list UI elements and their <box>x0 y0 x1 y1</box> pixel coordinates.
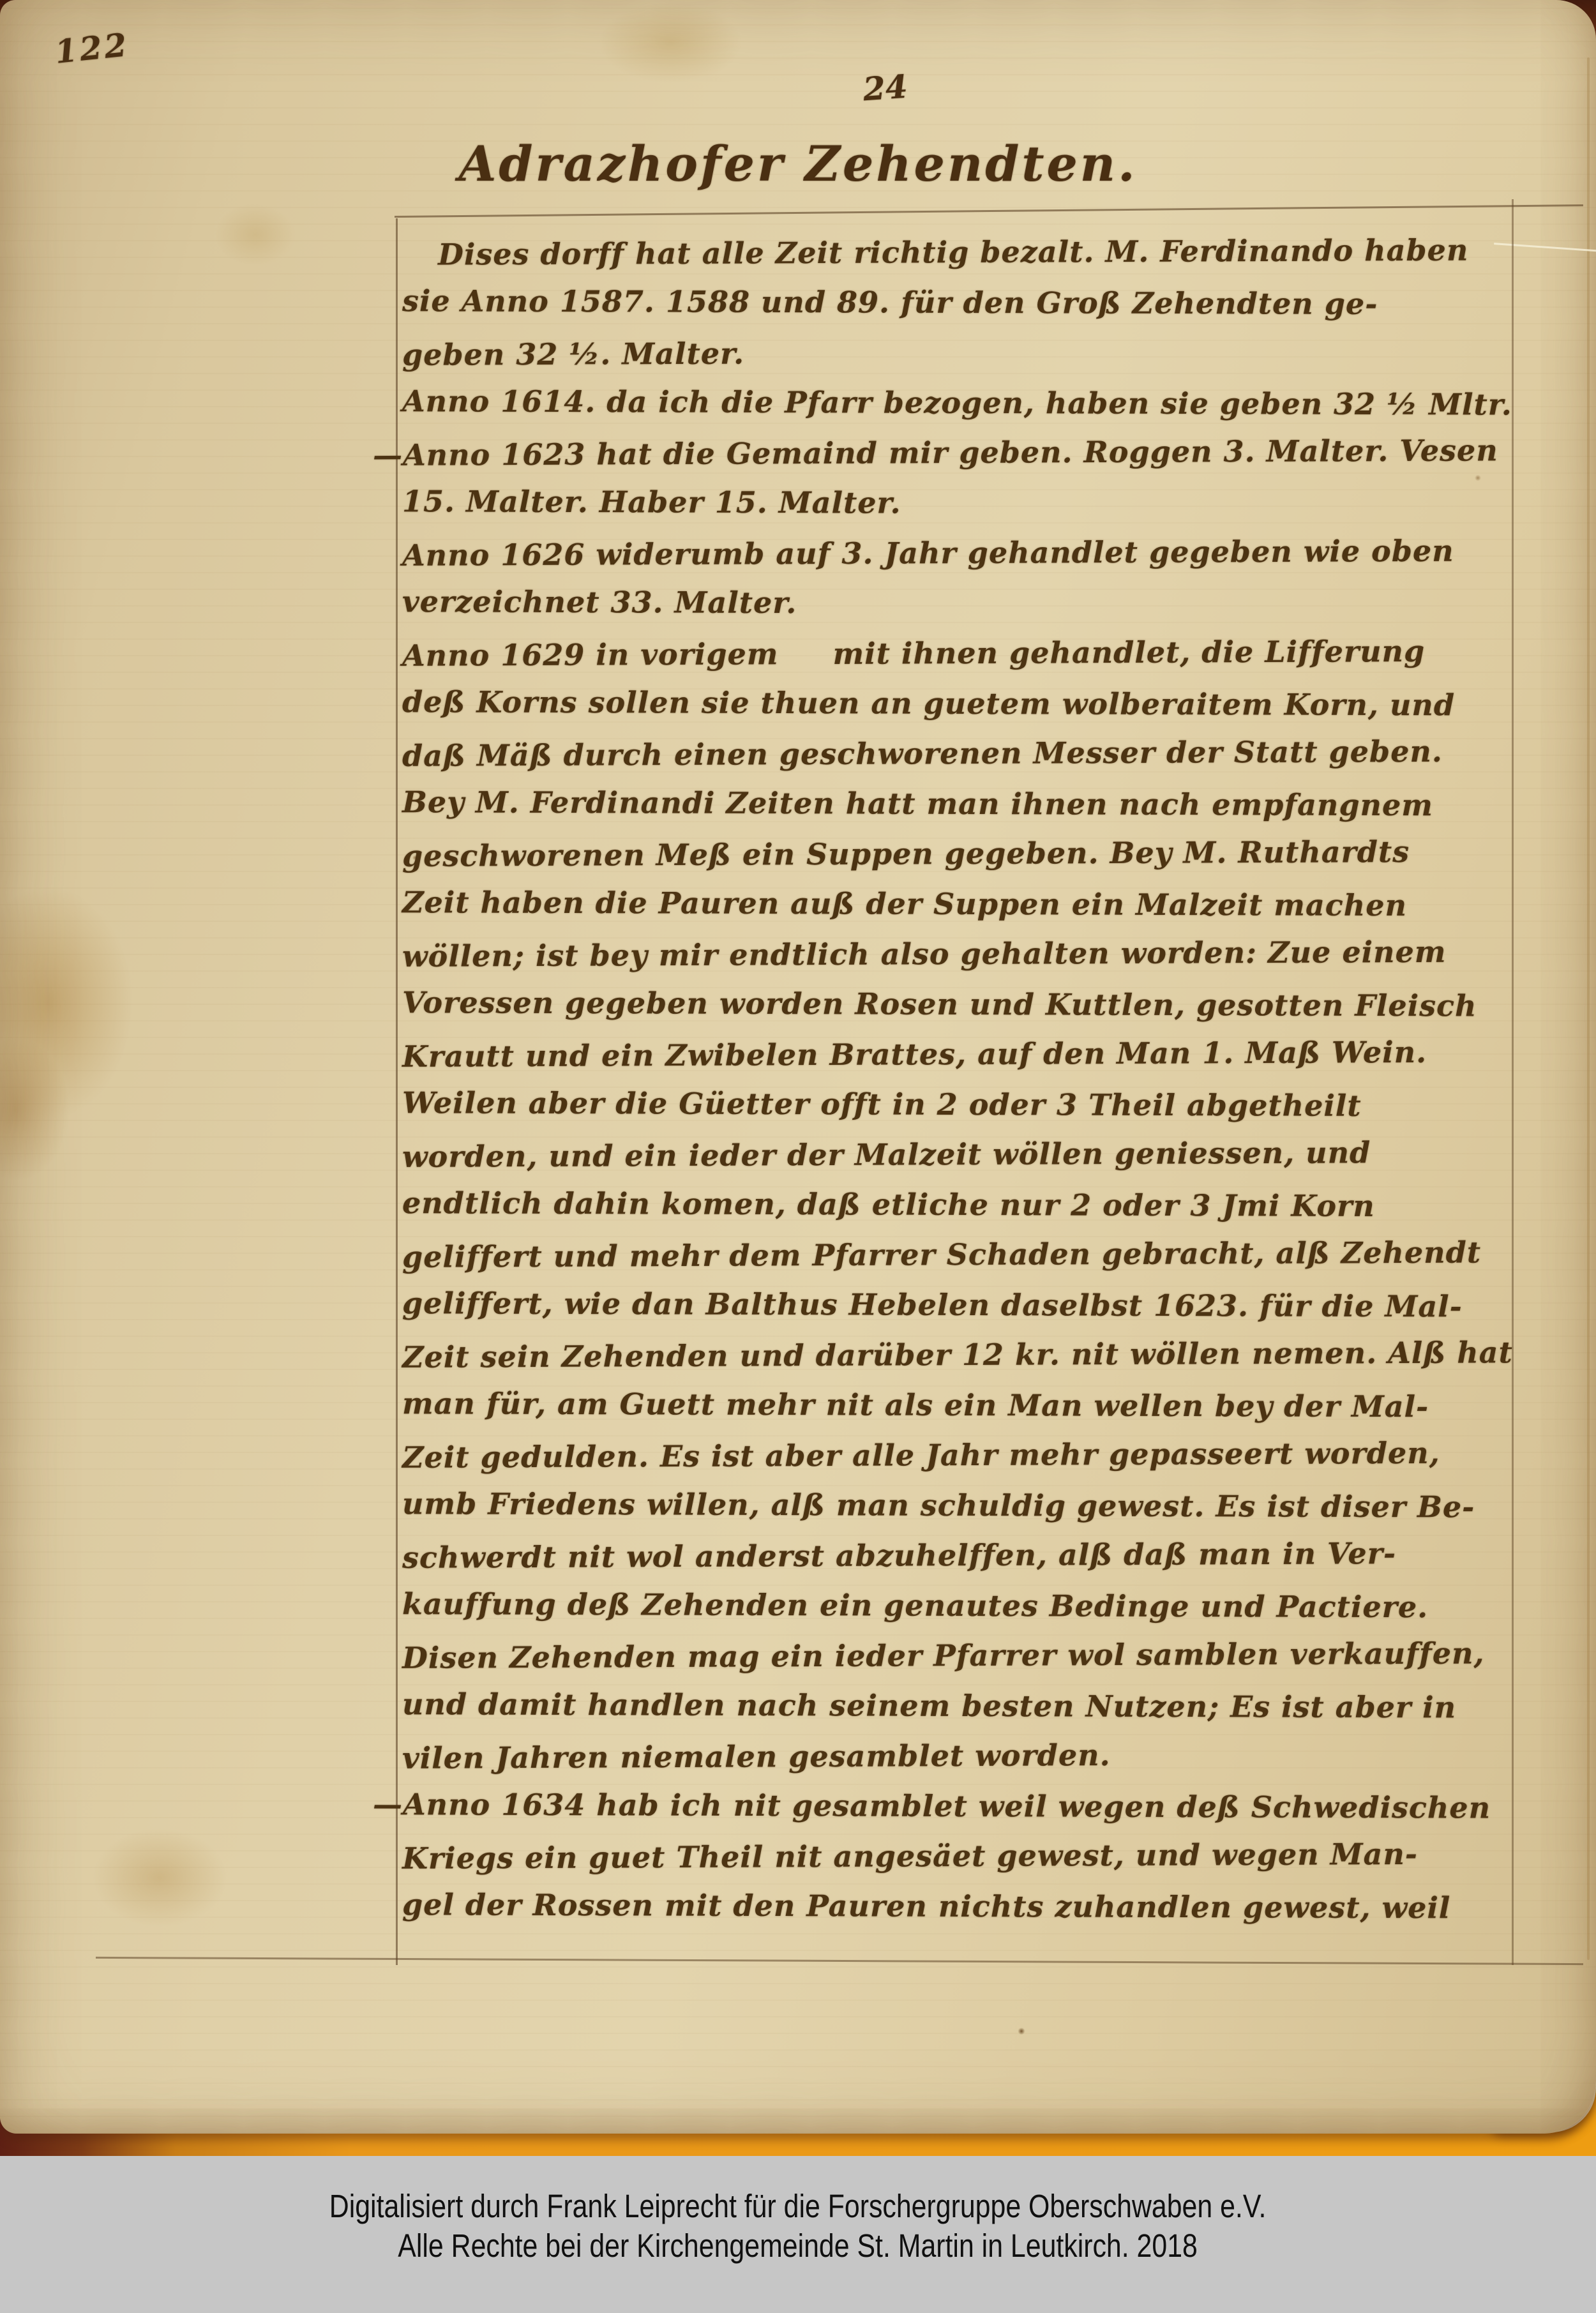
manuscript-line: deß Korns sollen sie thuen an guetem wol… <box>402 677 1539 730</box>
manuscript-line: verzeichnet 33. Malter. <box>402 576 1539 630</box>
manuscript-line: geliffert und mehr dem Pfarrer Schaden g… <box>402 1227 1539 1282</box>
manuscript-line: man für, am Guett mehr nit als ein Man w… <box>402 1378 1539 1432</box>
scanned-manuscript-page: { "page": { "archival_number": "122", "p… <box>0 0 1596 2313</box>
manuscript-line: schwerdt nit wol anderst abzuhelffen, al… <box>402 1528 1539 1583</box>
manuscript-line: Disen Zehenden mag ein ieder Pfarrer wol… <box>402 1628 1539 1683</box>
manuscript-line: vilen Jahren niemalen gesamblet worden. <box>402 1728 1539 1783</box>
manuscript-line: und damit handlen nach seinem besten Nut… <box>402 1679 1539 1733</box>
manuscript-line: geschworenen Meß ein Suppen gegeben. Bey… <box>402 826 1539 881</box>
manuscript-line: Anno 1626 widerumb auf 3. Jahr gehandlet… <box>402 525 1539 580</box>
manuscript-line: 15. Malter. Haber 15. Malter. <box>402 476 1539 530</box>
manuscript-line: Voressen gegeben worden Rosen und Kuttle… <box>402 977 1539 1031</box>
archival-folio-number: 122 <box>53 26 131 71</box>
manuscript-line: —Anno 1634 hab ich nit gesamblet weil we… <box>373 1779 1539 1833</box>
manuscript-line: geben 32 ½. Malter. <box>402 325 1539 380</box>
manuscript-line: Zeit sein Zehenden und darüber 12 kr. ni… <box>402 1327 1539 1382</box>
page-number: 24 <box>862 68 909 109</box>
manuscript-line: daß Mäß durch einen geschworenen Messer … <box>402 726 1539 781</box>
manuscript-line: Bey M. Ferdinandi Zeiten hatt man ihnen … <box>402 777 1539 831</box>
manuscript-line: —Anno 1623 hat die Gemaind mir geben. Ro… <box>373 425 1539 480</box>
frame-rule-top <box>395 204 1583 218</box>
manuscript-line: endtlich dahin komen, daß etliche nur 2 … <box>402 1178 1539 1232</box>
manuscript-line: Zeit gedulden. Es ist aber alle Jahr meh… <box>402 1428 1539 1482</box>
manuscript-line: geliffert, wie dan Balthus Hebelen dasel… <box>402 1278 1539 1332</box>
manuscript-line: umb Friedens willen, alß man schuldig ge… <box>402 1479 1539 1532</box>
manuscript-line: wöllen; ist bey mir endtlich also gehalt… <box>402 926 1539 981</box>
manuscript-page: 122 24 Adrazhofer Zehendten. Dises dorff… <box>0 0 1596 2134</box>
page-title: Adrazhofer Zehendten. <box>0 135 1596 192</box>
digitization-credit-line: Digitalisiert durch Frank Leiprecht für … <box>329 2189 1267 2224</box>
page-right-edge-line <box>1587 57 1590 1960</box>
manuscript-line: kauffung deß Zehenden ein genautes Bedin… <box>402 1579 1539 1632</box>
manuscript-line: Zeit haben die Pauren auß der Suppen ein… <box>402 877 1539 931</box>
manuscript-line: worden, und ein ieder der Malzeit wöllen… <box>402 1127 1539 1182</box>
manuscript-line: Anno 1614. da ich die Pfarr bezogen, hab… <box>402 376 1539 430</box>
manuscript-line: sie Anno 1587. 1588 und 89. für den Groß… <box>402 276 1539 329</box>
manuscript-line: Weilen aber die Güetter offt in 2 oder 3… <box>402 1078 1539 1131</box>
digitization-caption-bar: Digitalisiert durch Frank Leiprecht für … <box>0 2156 1596 2313</box>
frame-rule-bottom <box>96 1957 1583 1965</box>
frame-rule-left <box>396 218 398 1965</box>
manuscript-line: Anno 1629 in vorigem mit ihnen gehandlet… <box>402 626 1539 681</box>
manuscript-line: Kriegs ein guet Theil nit angesäet gewes… <box>402 1828 1539 1883</box>
manuscript-text-block: Dises dorff hat alle Zeit richtig bezalt… <box>402 227 1539 1931</box>
rights-notice-line: Alle Rechte bei der Kirchengemeinde St. … <box>398 2228 1198 2264</box>
manuscript-line: gel der Rossen mit den Pauren nichts zuh… <box>402 1880 1539 1933</box>
manuscript-line: Krautt und ein Zwibelen Brattes, auf den… <box>402 1027 1539 1081</box>
manuscript-line: Dises dorff hat alle Zeit richtig bezalt… <box>402 225 1539 280</box>
